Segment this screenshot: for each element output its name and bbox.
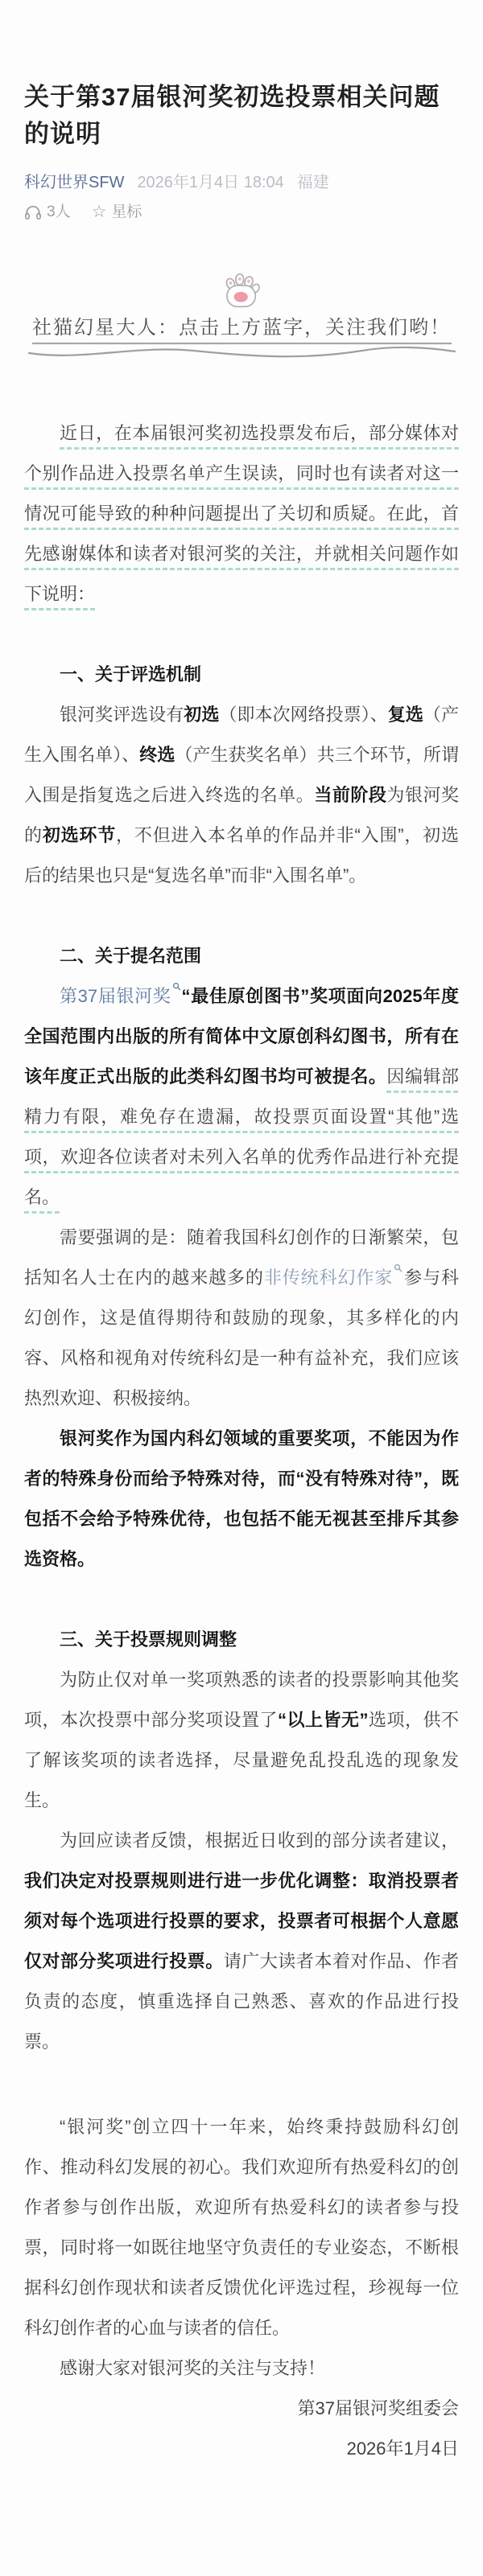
signature-line: 第37届银河奖组委会: [24, 2389, 459, 2429]
article-body: 近日，在本届银河奖初选投票发布后，部分媒体对个别作品进入投票名单产生误读，同时也…: [24, 413, 459, 2469]
text-run: 初选环节: [43, 825, 116, 845]
paragraph: 近日，在本届银河奖初选投票发布后，部分媒体对个别作品进入投票名单产生误读，同时也…: [24, 413, 459, 614]
paragraph: 需要强调的是：随着我国科幻创作的日渐繁荣，包括知名人士在内的越来越多的非传统科幻…: [24, 1218, 459, 1419]
publish-location: 福建: [297, 172, 329, 194]
paragraph: 感谢大家对银河奖的关注与支持！: [24, 2348, 459, 2389]
meta-row: 科幻世界SFW 2026年1月4日 18:04 福建: [24, 172, 459, 194]
text-run: 银河奖评选设有: [60, 705, 184, 725]
text-run: 第37届银河奖组委会: [298, 2398, 459, 2418]
cat-paw-icon: [222, 273, 261, 308]
section-heading: 一、关于评选机制: [24, 655, 459, 695]
text-run: 感谢大家对银河奖的关注与支持！: [60, 2358, 325, 2378]
text-run: 终选: [139, 745, 175, 765]
follow-banner: 社猫幻星大人：点击上方蓝字，关注我们哟！: [24, 273, 459, 362]
text-run: “以上皆无”: [278, 1710, 369, 1730]
star-label: 星标: [111, 201, 142, 223]
inline-link[interactable]: 非传统科幻作家: [264, 1267, 393, 1288]
text-run: 一、关于评选机制: [60, 664, 201, 684]
listen-count: 3人: [47, 201, 71, 223]
paragraph: 为回应读者反馈，根据近日收到的部分读者建议，我们决定对投票规则进行进一步优化调整…: [24, 1821, 459, 2062]
paragraph: 银河奖作为国内科幻领域的重要奖项，不能因为作者的特殊身份而给予特殊对待，而“没有…: [24, 1419, 459, 1580]
search-icon[interactable]: [394, 1263, 402, 1280]
text-run: （即本次网络投票）、: [219, 705, 387, 725]
page-title: 关于第37届银河奖初选投票相关问题的说明: [24, 79, 459, 153]
account-name[interactable]: 科幻世界SFW: [24, 172, 124, 194]
text-run: “银河奖”创立四十一年来，始终秉持鼓励科幻创作、推动科幻发展的初心。我们欢迎所有…: [24, 2117, 459, 2338]
text-run: 复选: [388, 705, 423, 725]
section-heading: 三、关于投票规则调整: [24, 1620, 459, 1660]
text-run: 因编辑部精力有限，难免存在遗漏，故投票页面设置“其他”选项，欢迎各位读者对未列入…: [24, 1066, 459, 1207]
text-run: 当前阶段: [314, 785, 386, 805]
listen-badge[interactable]: 3人: [24, 201, 71, 223]
text-run: 为回应读者反馈，根据近日收到的部分读者建议，: [60, 1830, 459, 1851]
paragraph: 第37届银河奖“最佳原创图书”奖项面向2025年度全国范围内出版的所有简体中文原…: [24, 976, 459, 1218]
publish-date: 2026年1月4日 18:04: [137, 172, 283, 194]
star-icon: ☆: [92, 203, 107, 220]
text-run: 初选: [184, 705, 219, 725]
text-run: 银河奖作为国内科幻领域的重要奖项，不能因为作者的特殊身份而给予特殊对待，而“没有…: [24, 1428, 459, 1569]
paragraph: “银河奖”创立四十一年来，始终秉持鼓励科幻创作、推动科幻发展的初心。我们欢迎所有…: [24, 2107, 459, 2348]
banner-text: 社猫幻星大人：点击上方蓝字，关注我们哟！: [24, 311, 459, 339]
search-icon[interactable]: [172, 982, 181, 999]
text-run: 二、关于提名范围: [60, 946, 201, 966]
text-run: 近日，在本届银河奖初选投票发布后，部分媒体对个别作品进入投票名单产生误读，同时也…: [24, 423, 459, 604]
section-heading: 二、关于提名范围: [24, 936, 459, 976]
text-run: 2026年1月4日: [347, 2438, 459, 2459]
inline-link[interactable]: 第37届银河奖: [60, 986, 171, 1006]
banner-underline: [24, 341, 459, 362]
text-run: 三、关于投票规则调整: [60, 1629, 237, 1650]
article-page: 关于第37届银河奖初选投票相关问题的说明 科幻世界SFW 2026年1月4日 1…: [0, 79, 483, 2469]
signature-date: 2026年1月4日: [24, 2429, 459, 2469]
paragraph: 为防止仅对单一奖项熟悉的读者的投票影响其他奖项，本次投票中部分奖项设置了“以上皆…: [24, 1660, 459, 1821]
paragraph: 银河奖评选设有初选（即本次网络投票）、复选（产生入围名单）、终选（产生获奖名单）…: [24, 695, 459, 896]
star-badge[interactable]: ☆ 星标: [92, 201, 142, 223]
headphones-icon: [24, 204, 42, 220]
text-run: 参与科幻创作，这是值得期待和鼓励的现象，其多样化的内容、风格和视角对传统科幻是一…: [24, 1267, 459, 1408]
listen-star-row: 3人 ☆ 星标: [24, 201, 459, 223]
